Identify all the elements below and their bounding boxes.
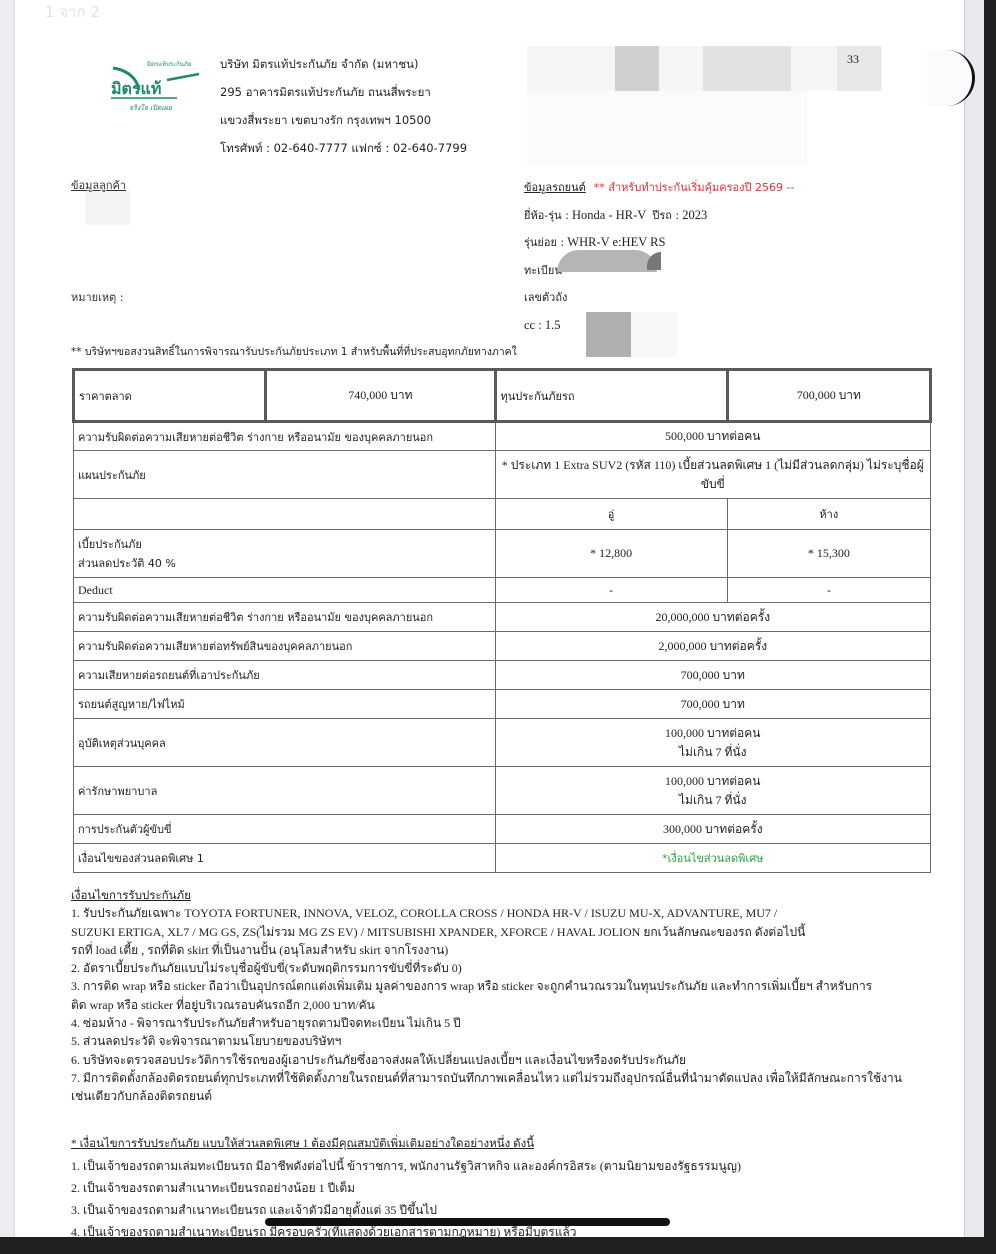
empty-cell <box>74 499 496 530</box>
condition-item: 3. การติด wrap หรือ sticker ถือว่าเป็นอุ… <box>71 977 941 995</box>
row-value: 2,000,000 บาทต่อครั้ง <box>495 632 930 661</box>
deduct-garage-value: - <box>495 578 727 603</box>
row-value: 100,000 บาทต่อคน ไม่เกิน 7 ที่นั่ง <box>495 767 930 815</box>
sum-insured-value: 700,000 บาท <box>727 370 930 422</box>
row-value-line1: 100,000 บาทต่อคน <box>500 724 926 743</box>
row-label: รถยนต์สูญหาย/ไฟไหม้ <box>74 690 496 719</box>
year-value: 2023 <box>682 208 707 222</box>
redacted-fragment: 33 <box>847 52 859 67</box>
row-label: เงื่อนไขของส่วนลดพิเศษ 1 <box>74 844 496 873</box>
page-indicator: 1 จาก 2 <box>45 0 100 24</box>
row-label: อุบัติเหตุส่วนบุคคล <box>74 719 496 767</box>
table-row: รถยนต์สูญหาย/ไฟไหม้ 700,000 บาท <box>74 690 931 719</box>
submodel-value: WHR-V e:HEV RS <box>567 235 665 249</box>
special-condition-item: 1. เป็นเจ้าของรถตามเล่มทะเบียนรถ มีอาชีพ… <box>71 1155 941 1177</box>
premium-label: เบี้ยประกันภัย ส่วนลดประวัติ 40 % <box>74 530 496 578</box>
dealer-repair-header: ห้าง <box>727 499 930 530</box>
customer-section-label: ข้อมูลลูกค้า <box>71 176 126 194</box>
condition-item: 6. บริษัทจะตรวจสอบประวัติการใช้รถของผู้เ… <box>71 1051 941 1069</box>
garage-repair-header: อู่ <box>495 499 727 530</box>
cc-label: cc : <box>524 318 542 332</box>
market-price-label: ราคาตลาด <box>74 370 266 422</box>
table-row: เงื่อนไขของส่วนลดพิเศษ 1 *เงื่อนไขส่วนลด… <box>74 844 931 873</box>
viewer-scrollbar-track[interactable] <box>964 0 984 1237</box>
cc-value: 1.5 <box>545 318 561 332</box>
row-value: 100,000 บาทต่อคน ไม่เกิน 7 ที่นั่ง <box>495 719 930 767</box>
condition-item: SUZUKI ERTIGA, XL7 / MG GS, ZS(ไม่รวม MG… <box>71 923 941 941</box>
coverage-year-note: ** สำหรับทำประกันเริ่มคุ้มครองปี 2569 -- <box>594 174 795 202</box>
conditions-title: เงื่อนไขการรับประกันภัย <box>71 886 941 904</box>
table-row: ค่ารักษาพยาบาล 100,000 บาทต่อคน ไม่เกิน … <box>74 767 931 815</box>
underwriting-conditions: เงื่อนไขการรับประกันภัย 1. รับประกันภัยเ… <box>71 886 941 1106</box>
svg-text:จริงใจ เปิดเผย: จริงใจ เปิดเผย <box>129 103 173 112</box>
row-label: ความรับผิดต่อความเสียหายต่อทรัพย์สินของบ… <box>74 632 496 661</box>
condition-item: 5. ส่วนลดประวัติ จะพิจารณาตามนโยบายของบร… <box>71 1032 941 1050</box>
submodel-label: รุ่นย่อย : <box>524 236 564 249</box>
row-value: 300,000 บาทต่อครั้ง <box>495 815 930 844</box>
bottom-bar <box>0 1237 996 1254</box>
special-condition-item: 2. เป็นเจ้าของรถตามสำเนาทะเบียนรถอย่างน้… <box>71 1177 941 1199</box>
table-row: ราคาตลาด 740,000 บาท ทุนประกันภัยรถ 700,… <box>74 370 931 422</box>
company-district: แขวงสี่พระยา เขตบางรัก กรุงเทพฯ 10500 <box>220 106 467 134</box>
condition-item: เช่นเดียวกับกล้องติดรถยนต์ <box>71 1087 941 1105</box>
company-logo: มิตรแท้ประกันภัย มิตรแท้ จริงใจ เปิดเผย <box>107 56 207 116</box>
row-value: 20,000,000 บาทต่อครั้ง <box>495 603 930 632</box>
condition-item: 2. อัตราเบี้ยประกันภัยแบบไม่ระบุชื่อผู้ข… <box>71 959 941 977</box>
svg-text:มิตรแท้: มิตรแท้ <box>111 79 161 98</box>
coverage-table: ราคาตลาด 740,000 บาท ทุนประกันภัยรถ 700,… <box>72 368 932 873</box>
row-value: 700,000 บาท <box>495 661 930 690</box>
premium-garage-value: * 12,800 <box>495 530 727 578</box>
condition-item: 1. รับประกันภัยเฉพาะ TOYOTA FORTUNER, IN… <box>71 904 941 922</box>
row-label: การประกันตัวผู้ขับขี่ <box>74 815 496 844</box>
table-row: เบี้ยประกันภัย ส่วนลดประวัติ 40 % * 12,8… <box>74 530 931 578</box>
deduct-dealer-value: - <box>727 578 930 603</box>
remark-label: หมายเหตุ : <box>71 288 123 306</box>
table-row: อุบัติเหตุส่วนบุคคล 100,000 บาทต่อคน ไม่… <box>74 719 931 767</box>
row-value-line2: ไม่เกิน 7 ที่นั่ง <box>500 743 926 762</box>
redacted-plate <box>557 250 657 272</box>
redacted-block <box>527 91 807 166</box>
redacted-cc <box>586 312 631 357</box>
row-label: ความรับผิดต่อความเสียหายต่อชีวิต ร่างกาย… <box>74 422 496 451</box>
condition-item: รถที่ load เตี้ย , รถที่ติด skirt ที่เป็… <box>71 941 941 959</box>
table-row: Deduct - - <box>74 578 931 603</box>
redacted-block <box>615 46 659 91</box>
premium-dealer-value: * 15,300 <box>727 530 930 578</box>
table-row: ความรับผิดต่อความเสียหายต่อชีวิต ร่างกาย… <box>74 603 931 632</box>
company-address: 295 อาคารมิตรแท้ประกันภัย ถนนสี่พระยา <box>220 78 467 106</box>
row-value-line1: 100,000 บาทต่อคน <box>500 772 926 791</box>
premium-label-line1: เบี้ยประกันภัย <box>78 535 491 554</box>
year-label: ปีรถ : <box>652 209 679 222</box>
premium-discount-label: ส่วนลดประวัติ 40 % <box>78 554 491 573</box>
table-row: แผนประกันภัย * ประเภท 1 Extra SUV2 (รหัส… <box>74 451 931 499</box>
redacted-block <box>85 190 130 225</box>
insurance-plan-label: แผนประกันภัย <box>74 451 496 499</box>
table-row: ความรับผิดต่อความเสียหายต่อทรัพย์สินของบ… <box>74 632 931 661</box>
row-value: 700,000 บาท <box>495 690 930 719</box>
redaction-scribble <box>265 1218 670 1226</box>
brand-model-label: ยี่ห้อ-รุ่น : <box>524 209 569 222</box>
flood-disclaimer: ** บริษัทฯขอสงวนสิทธิ์ในการพิจารณารับประ… <box>71 343 517 360</box>
condition-item: 4. ซ่อมห้าง - พิจารณารับประกันภัยสำหรับอ… <box>71 1014 941 1032</box>
company-name: บริษัท มิตรแท้ประกันภัย จำกัด (มหาชน) <box>220 50 467 78</box>
row-label: ความรับผิดต่อความเสียหายต่อชีวิต ร่างกาย… <box>74 603 496 632</box>
screen-edge <box>984 0 996 1254</box>
table-row: การประกันตัวผู้ขับขี่ 300,000 บาทต่อครั้… <box>74 815 931 844</box>
brand-model-value: Honda - HR-V <box>572 208 646 222</box>
special-conditions-title: * เงื่อนไขการรับประกันภัย แบบให้ส่วนลดพิ… <box>71 1133 941 1155</box>
company-phone: โทรศัพท์ : 02-640-7777 แฟกซ์ : 02-640-77… <box>220 134 467 162</box>
table-row: ความเสียหายต่อรถยนต์ที่เอาประกันภัย 700,… <box>74 661 931 690</box>
table-row: อู่ ห้าง <box>74 499 931 530</box>
chassis-label: เลขตัวถัง <box>524 291 567 304</box>
row-value: 500,000 บาทต่อคน <box>495 422 930 451</box>
row-label: ความเสียหายต่อรถยนต์ที่เอาประกันภัย <box>74 661 496 690</box>
insurance-plan-value: * ประเภท 1 Extra SUV2 (รหัส 110) เบี้ยส่… <box>495 451 930 499</box>
redacted-block <box>703 46 791 91</box>
svg-text:มิตรแท้ประกันภัย: มิตรแท้ประกันภัย <box>147 61 191 68</box>
deduct-label: Deduct <box>74 578 496 603</box>
table-row: ความรับผิดต่อความเสียหายต่อชีวิต ร่างกาย… <box>74 422 931 451</box>
condition-item: ติด wrap หรือ sticker ที่อยู่บริเวณรอบคั… <box>71 996 941 1014</box>
redacted-block <box>837 46 881 91</box>
special-discount-link: *เงื่อนไขส่วนลดพิเศษ <box>495 844 930 873</box>
market-price-value: 740,000 บาท <box>266 370 495 422</box>
condition-item: 7. มีการติดตั้งกล้องติดรถยนต์ทุกประเภทที… <box>71 1069 941 1087</box>
document-page: 1 จาก 2 มิตรแท้ประกันภัย มิตรแท้ จริงใจ … <box>15 0 964 1237</box>
sum-insured-label: ทุนประกันภัยรถ <box>495 370 727 422</box>
company-info: บริษัท มิตรแท้ประกันภัย จำกัด (มหาชน) 29… <box>220 50 467 162</box>
row-value-line2: ไม่เกิน 7 ที่นั่ง <box>500 791 926 810</box>
redacted-cc <box>631 312 677 357</box>
vehicle-section-label: ข้อมูลรถยนต์ <box>524 174 586 202</box>
row-label: ค่ารักษาพยาบาล <box>74 767 496 815</box>
